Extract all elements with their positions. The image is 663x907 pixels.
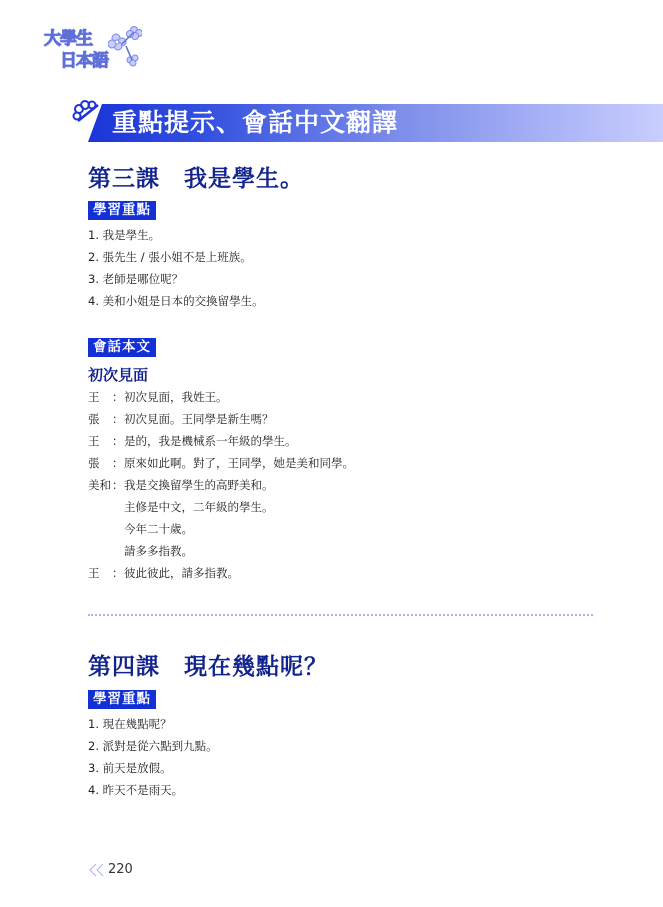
speaker xyxy=(88,518,112,540)
colon: ： xyxy=(112,430,124,452)
double-chevron-left-icon xyxy=(88,863,106,877)
book-logo: 大學生 日本語 xyxy=(40,14,140,76)
line-text: 今年二十歲。 xyxy=(124,518,193,540)
line-text: 是的，我是機械系一年級的學生。 xyxy=(124,430,297,452)
banner-title: 重點提示、會話中文翻譯 xyxy=(112,104,398,142)
conversation-dialog: 王 ： 初次見面，我姓王。 張 ： 初次見面。王同學是新生嗎？ 王 ： 是的，我… xyxy=(88,386,354,584)
dialog-line: 王 ： 初次見面，我姓王。 xyxy=(88,386,354,408)
dialog-line: 王 ： 是的，我是機械系一年級的學生。 xyxy=(88,430,354,452)
dialog-line: 今年二十歲。 xyxy=(88,518,354,540)
colon: ： xyxy=(112,562,124,584)
line-text: 請多多指教。 xyxy=(124,540,193,562)
speaker: 王 xyxy=(88,562,112,584)
lesson-4-key-points: 1. 現在幾點呢？ 2. 派對是從六點到九點。 3. 前天是放假。 4. 昨天不… xyxy=(88,713,218,801)
line-text: 彼此彼此，請多指教。 xyxy=(124,562,239,584)
speaker: 張 xyxy=(88,408,112,430)
list-item: 4. 美和小姐是日本的交換留學生。 xyxy=(88,290,264,312)
list-item: 1. 現在幾點呢？ xyxy=(88,713,218,735)
colon: ： xyxy=(112,452,124,474)
section-divider xyxy=(88,614,593,616)
key-points-tag: 學習重點 xyxy=(88,690,156,709)
colon: ： xyxy=(112,474,124,496)
colon xyxy=(112,518,124,540)
colon: ： xyxy=(112,386,124,408)
page-number: 220 xyxy=(108,862,133,877)
conversation-tag: 會話本文 xyxy=(88,338,156,357)
speaker: 美和 xyxy=(88,474,112,496)
dialog-line: 請多多指教。 xyxy=(88,540,354,562)
lesson-4-title: 第四課 現在幾點呢？ xyxy=(88,648,328,681)
logo-line-2: 日本語 xyxy=(60,46,108,71)
lesson-3-key-points: 1. 我是學生。 2. 張先生 / 張小姐不是上班族。 3. 老師是哪位呢？ 4… xyxy=(88,224,264,312)
lesson-3-title: 第三課 我是學生。 xyxy=(88,160,304,193)
list-item: 3. 前天是放假。 xyxy=(88,757,218,779)
dialog-line: 張 ： 原來如此啊。對了，王同學，她是美和同學。 xyxy=(88,452,354,474)
list-item: 3. 老師是哪位呢？ xyxy=(88,268,264,290)
flower-icon xyxy=(108,22,142,68)
dialog-line: 王 ： 彼此彼此，請多指教。 xyxy=(88,562,354,584)
dialog-line: 主修是中文，二年級的學生。 xyxy=(88,496,354,518)
colon xyxy=(112,496,124,518)
list-item: 2. 張先生 / 張小姐不是上班族。 xyxy=(88,246,264,268)
line-text: 主修是中文，二年級的學生。 xyxy=(124,496,274,518)
line-text: 初次見面。王同學是新生嗎？ xyxy=(124,408,274,430)
speaker: 張 xyxy=(88,452,112,474)
key-points-tag: 學習重點 xyxy=(88,201,156,220)
conversation-subtitle: 初次見面 xyxy=(88,364,148,385)
list-item: 4. 昨天不是雨天。 xyxy=(88,779,218,801)
speaker: 王 xyxy=(88,430,112,452)
speaker xyxy=(88,540,112,562)
list-item: 1. 我是學生。 xyxy=(88,224,264,246)
line-text: 我是交換留學生的高野美和。 xyxy=(124,474,274,496)
speaker xyxy=(88,496,112,518)
dialog-line: 美和 ： 我是交換留學生的高野美和。 xyxy=(88,474,354,496)
dialog-line: 張 ： 初次見面。王同學是新生嗎？ xyxy=(88,408,354,430)
colon: ： xyxy=(112,408,124,430)
speaker: 王 xyxy=(88,386,112,408)
line-text: 原來如此啊。對了，王同學，她是美和同學。 xyxy=(124,452,354,474)
line-text: 初次見面，我姓王。 xyxy=(124,386,228,408)
list-item: 2. 派對是從六點到九點。 xyxy=(88,735,218,757)
colon xyxy=(112,540,124,562)
